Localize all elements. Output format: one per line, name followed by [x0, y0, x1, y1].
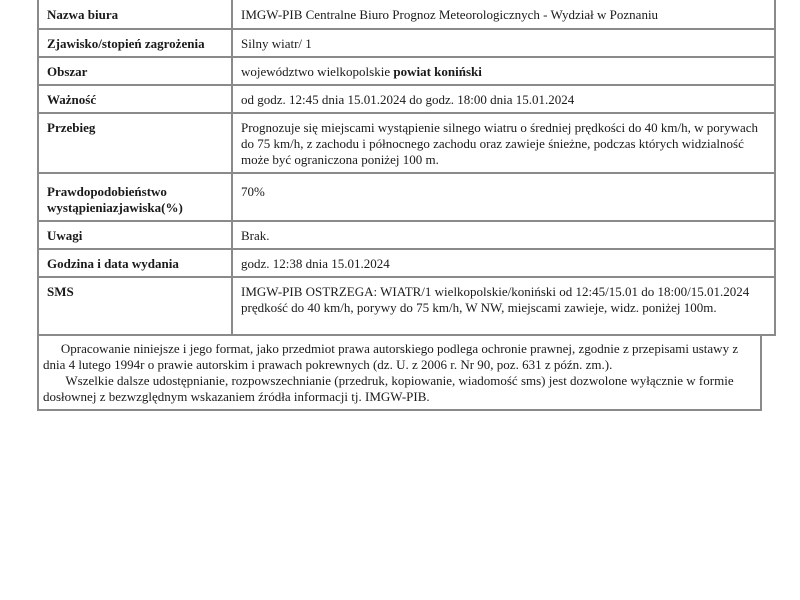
- value-probability: 70%: [232, 173, 775, 221]
- label-sms: SMS: [38, 277, 232, 335]
- label-course: Przebieg: [38, 113, 232, 173]
- label-phenomenon: Zjawisko/stopień zagrożenia: [38, 29, 232, 57]
- label-office: Nazwa biura: [38, 0, 232, 29]
- label-probability-line1: Prawdopodobieństwo: [47, 184, 223, 200]
- value-issue-time: godz. 12:38 dnia 15.01.2024: [232, 249, 775, 277]
- table-row: SMS IMGW-PIB OSTRZEGA: WIATR/1 wielkopol…: [38, 277, 775, 335]
- area-county: powiat koniński: [393, 64, 482, 79]
- value-area: województwo wielkopolskie powiat konińsk…: [232, 57, 775, 85]
- label-remarks: Uwagi: [38, 221, 232, 249]
- value-validity: od godz. 12:45 dnia 15.01.2024 do godz. …: [232, 85, 775, 113]
- table-row: Godzina i data wydania godz. 12:38 dnia …: [38, 249, 775, 277]
- value-remarks: Brak.: [232, 221, 775, 249]
- value-office: IMGW-PIB Centralne Biuro Prognoz Meteoro…: [232, 0, 775, 29]
- table-row: Przebieg Prognozuje się miejscami wystąp…: [38, 113, 775, 173]
- table-row: Obszar województwo wielkopolskie powiat …: [38, 57, 775, 85]
- label-issue-time: Godzina i data wydania: [38, 249, 232, 277]
- label-probability: Prawdopodobieństwowystąpieniazjawiska(%): [38, 173, 232, 221]
- table-row: Prawdopodobieństwowystąpieniazjawiska(%)…: [38, 173, 775, 221]
- copyright-line-1: Opracowanie niniejsze i jego format, jak…: [39, 341, 760, 357]
- table-row: Zjawisko/stopień zagrożenia Silny wiatr/…: [38, 29, 775, 57]
- table-row: Uwagi Brak.: [38, 221, 775, 249]
- label-probability-line2: wystąpieniazjawiska(%): [47, 200, 223, 216]
- copyright-line-4: dosłownej z bezwzględnym wskazaniem źród…: [39, 389, 760, 405]
- value-phenomenon: Silny wiatr/ 1: [232, 29, 775, 57]
- table-row: Ważność od godz. 12:45 dnia 15.01.2024 d…: [38, 85, 775, 113]
- warning-document: Nazwa biura IMGW-PIB Centralne Biuro Pro…: [37, 0, 762, 411]
- area-voivodeship: województwo wielkopolskie: [241, 64, 393, 79]
- warning-table: Nazwa biura IMGW-PIB Centralne Biuro Pro…: [37, 0, 776, 336]
- label-validity: Ważność: [38, 85, 232, 113]
- value-sms: IMGW-PIB OSTRZEGA: WIATR/1 wielkopolskie…: [232, 277, 775, 335]
- value-course: Prognozuje się miejscami wystąpienie sil…: [232, 113, 775, 173]
- copyright-line-2: dnia 4 lutego 1994r o prawie autorskim i…: [39, 357, 760, 373]
- copyright-line-3: Wszelkie dalsze udostępnianie, rozpowsze…: [39, 373, 760, 389]
- label-area: Obszar: [38, 57, 232, 85]
- copyright-notice: Opracowanie niniejsze i jego format, jak…: [37, 336, 762, 411]
- table-row: Nazwa biura IMGW-PIB Centralne Biuro Pro…: [38, 0, 775, 29]
